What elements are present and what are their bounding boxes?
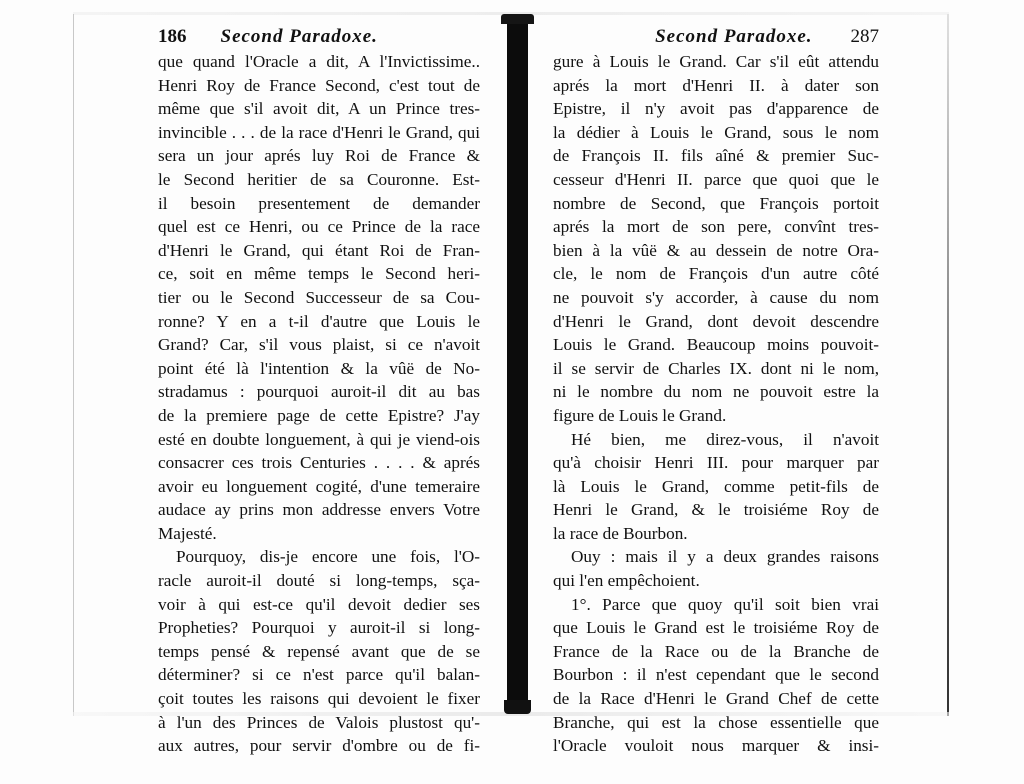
text-line: bien à la vûë & au dessein de notre Ora- bbox=[553, 239, 879, 263]
text-line: ce, soit en même temps le Second heri- bbox=[158, 262, 480, 286]
text-line: d'Henri le Grand, qui étant Roi de Fran- bbox=[158, 239, 480, 263]
text-line: Epistre, il n'y avoit pas d'apparence de bbox=[553, 97, 879, 121]
text-line: stradamus : pourquoi auroit-il dit au ba… bbox=[158, 380, 480, 404]
text-line: France de la Race ou de la Branche de bbox=[553, 640, 879, 664]
text-line: que quand l'Oracle a dit, A l'Invictissi… bbox=[158, 50, 480, 74]
left-running-head: 186 Second Paradoxe. bbox=[158, 26, 480, 50]
text-line: quel est ce Henri, ou ce Prince de la ra… bbox=[158, 215, 480, 239]
text-line: de la premiere page de cette Epistre? J'… bbox=[158, 404, 480, 428]
text-line: 1°. Parce que quoy qu'il soit bien vrai bbox=[553, 593, 879, 617]
text-line: cle, le nom de François d'un autre côté bbox=[553, 262, 879, 286]
text-line: voir à qui est-ce qu'il devoit dedier se… bbox=[158, 593, 480, 617]
text-line: Branche, qui est la chose essentielle qu… bbox=[553, 711, 879, 735]
scan-edge-left bbox=[73, 14, 74, 716]
text-line: gure à Louis le Grand. Car s'il eût atte… bbox=[553, 50, 879, 74]
text-line: il se servir de Charles IX. dont ni le n… bbox=[553, 357, 879, 381]
text-line: la race de Bourbon. bbox=[553, 522, 879, 546]
text-line: ni le nombre du nom ne pouvoit estre la bbox=[553, 380, 879, 404]
text-line: avoir eu longuement cogité, d'une temera… bbox=[158, 475, 480, 499]
right-page: Second Paradoxe. 287 gure à Louis le Gra… bbox=[553, 26, 879, 758]
text-line: que Louis le Grand est le troisiéme Roy … bbox=[553, 616, 879, 640]
book-gutter bbox=[507, 14, 528, 714]
text-line: Majesté. bbox=[158, 522, 480, 546]
text-line: là Louis le Grand, comme petit-fils de bbox=[553, 475, 879, 499]
text-line: aux autres, pour servir d'ombre ou de fi… bbox=[158, 734, 480, 758]
right-running-title: Second Paradoxe. bbox=[655, 26, 812, 48]
text-line: tier ou le Second Successeur de sa Cou- bbox=[158, 286, 480, 310]
right-body-text: gure à Louis le Grand. Car s'il eût atte… bbox=[553, 50, 879, 758]
text-line: Louis le Grand. Beaucoup moins pouvoit- bbox=[553, 333, 879, 357]
text-line: il besoin presentement de demander bbox=[158, 192, 480, 216]
left-body-text: que quand l'Oracle a dit, A l'Invictissi… bbox=[158, 50, 480, 758]
text-line: nombre de Second, que François portoit bbox=[553, 192, 879, 216]
right-running-head: Second Paradoxe. 287 bbox=[553, 26, 879, 50]
text-line: çoit toutes les raisons qui devoient le … bbox=[158, 687, 480, 711]
left-running-title: Second Paradoxe. bbox=[221, 26, 378, 48]
text-line: Grand? Car, s'il vous plaist, si ce n'av… bbox=[158, 333, 480, 357]
text-line: aprés la mort d'Henri II. à dater son bbox=[553, 74, 879, 98]
text-line: de François II. fils aîné & premier Suc- bbox=[553, 144, 879, 168]
left-page: 186 Second Paradoxe. que quand l'Oracle … bbox=[158, 26, 480, 758]
text-line: même que s'il avoit dit, A un Prince tre… bbox=[158, 97, 480, 121]
text-line: Henri Roy de France Second, c'est tout d… bbox=[158, 74, 480, 98]
text-line: Bourbon : il n'est cependant que le seco… bbox=[553, 663, 879, 687]
text-line: temps pensé & repensé avant que de se bbox=[158, 640, 480, 664]
text-line: l'Oracle vouloit nous marquer & insi- bbox=[553, 734, 879, 758]
text-line: aprés la mort de son pere, convînt tres- bbox=[553, 215, 879, 239]
text-line: de la Race d'Henri le Grand Chef de cett… bbox=[553, 687, 879, 711]
text-line: qu'à choisir Henri III. pour marquer par bbox=[553, 451, 879, 475]
text-line: d'Henri le Grand, dont devoit descendre bbox=[553, 310, 879, 334]
text-line: à l'un des Princes de Valois plustost qu… bbox=[158, 711, 480, 735]
text-line: Hé bien, me direz-vous, il n'avoit bbox=[553, 428, 879, 452]
text-line: sera un jour aprés luy Roi de France & bbox=[158, 144, 480, 168]
text-line: Pourquoy, dis-je encore une fois, l'O- bbox=[158, 545, 480, 569]
text-line: esté en doubte longuement, à qui je vien… bbox=[158, 428, 480, 452]
text-line: qui l'en empêchoient. bbox=[553, 569, 879, 593]
text-line: racle auroit-il douté si long-temps, sça… bbox=[158, 569, 480, 593]
text-line: Henri le Grand, & le troisiéme Roy de bbox=[553, 498, 879, 522]
text-line: audace ay prins mon addresse envers Votr… bbox=[158, 498, 480, 522]
text-line: invincible . . . de la race d'Henri le G… bbox=[158, 121, 480, 145]
text-line: cesseur d'Henri II. parce que quoi que l… bbox=[553, 168, 879, 192]
text-line: Ouy : mais il y a deux grandes raisons bbox=[553, 545, 879, 569]
left-page-number: 186 bbox=[158, 26, 187, 48]
text-line: ronne? Y en a t-il d'autre que Louis le bbox=[158, 310, 480, 334]
text-line: ne pouvoit s'y accorder, à cause du nom bbox=[553, 286, 879, 310]
right-page-number: 287 bbox=[851, 26, 880, 48]
text-line: la dédier à Louis le Grand, sous le nom bbox=[553, 121, 879, 145]
text-line: figure de Louis le Grand. bbox=[553, 404, 879, 428]
text-line: Propheties? Pourquoi y auroit-il si long… bbox=[158, 616, 480, 640]
scan-edge-right bbox=[947, 14, 949, 716]
text-line: point été là l'intention & la vûë de No- bbox=[158, 357, 480, 381]
text-line: déterminer? si ce n'est parce qu'il bala… bbox=[158, 663, 480, 687]
text-line: le Second heritier de sa Couronne. Est- bbox=[158, 168, 480, 192]
text-line: consacrer ces trois Centuries . . . . & … bbox=[158, 451, 480, 475]
